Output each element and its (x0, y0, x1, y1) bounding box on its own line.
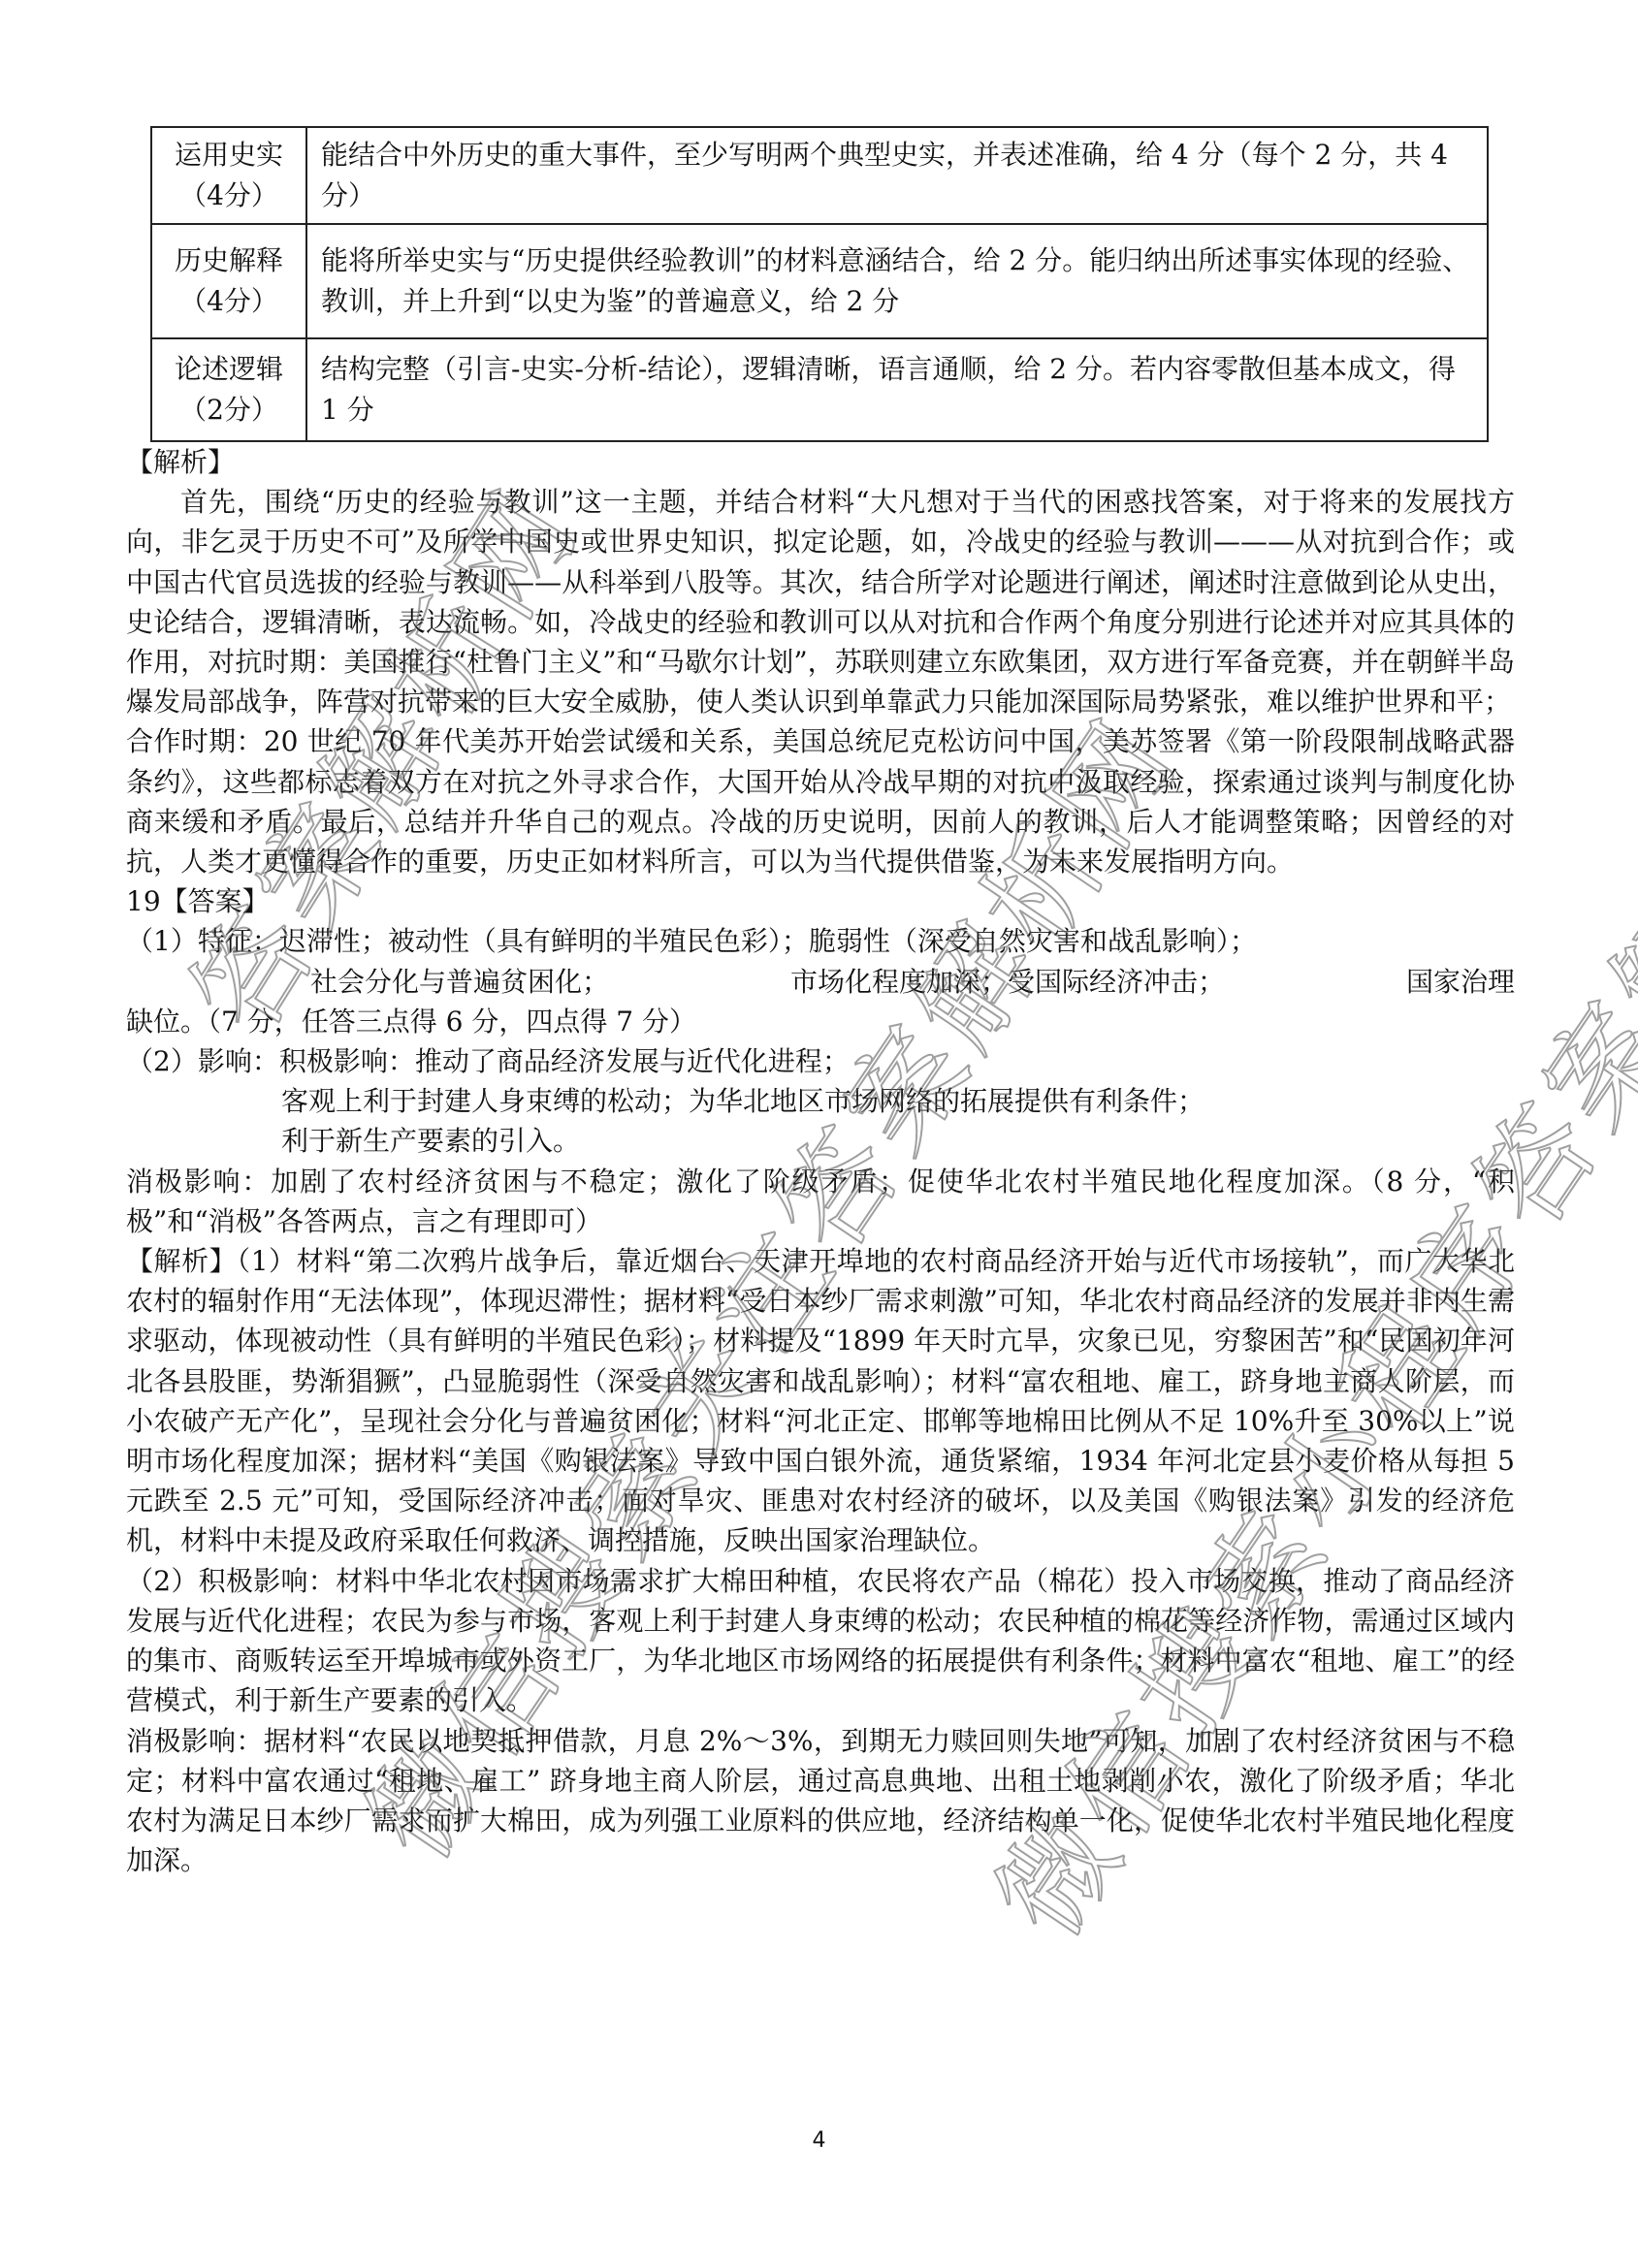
document-page: 运用史实 （4分） 能结合中外历史的重大事件，至少写明两个典型史实，并表述准确，… (0, 0, 1638, 2268)
analysis-18-paragraph-1: 首先，围绕“历史的经验与教训”这一主题，并结合材料“大凡想对于当代的困惑找答案，… (126, 482, 1515, 721)
page-number: 4 (0, 2128, 1638, 2153)
rubric-dimension-cell: 运用史实 （4分） (151, 127, 306, 224)
rubric-dimension-label: 论述逻辑 (160, 349, 298, 390)
analysis-19-paragraph-3: 消极影响：据材料“农民以地契抵押借款，月息 2%～3%，到期无力赎回则失地”可知… (126, 1721, 1515, 1881)
body-text: 【解析】 首先，围绕“历史的经验与教训”这一主题，并结合材料“大凡想对于当代的困… (126, 442, 1515, 1880)
answer-19-part1-line2: 社会分化与普遍贫困化； 市场化程度加深；受国际经济冲击； 国家治理 (126, 962, 1515, 1002)
rubric-dimension-label: 运用史实 (160, 135, 298, 176)
rubric-dimension-points: （2分） (160, 390, 298, 431)
answer-19-part2-negative: 消极影响：加剧了农村经济贫困与不稳定；激化了阶级矛盾；促使华北农村半殖民地化程度… (126, 1162, 1515, 1241)
rubric-dimension-cell: 历史解释 （4分） (151, 224, 306, 338)
answer-item: 社会分化与普遍贫困化； (310, 962, 609, 1002)
answer-item: 国家治理 (1406, 962, 1515, 1002)
rubric-dimension-label: 历史解释 (160, 240, 298, 281)
analysis-19-paragraph-2: （2）积极影响：材料中华北农村因市场需求扩大棉田种植，农民将农产品（棉花）投入市… (126, 1561, 1515, 1721)
rubric-row-use-facts: 运用史实 （4分） 能结合中外历史的重大事件，至少写明两个典型史实，并表述准确，… (151, 127, 1488, 224)
answer-19-part2-line3: 利于新生产要素的引入。 (126, 1121, 1515, 1161)
analysis-18-paragraph-2: 合作时期：20 世纪 70 年代美苏开始尝试缓和关系，美国总统尼克松访问中国，美… (126, 721, 1515, 881)
rubric-criteria-cell: 能结合中外历史的重大事件，至少写明两个典型史实，并表述准确，给 4 分（每个 2… (306, 127, 1488, 224)
rubric-table: 运用史实 （4分） 能结合中外历史的重大事件，至少写明两个典型史实，并表述准确，… (150, 126, 1489, 442)
analysis-18-heading: 【解析】 (126, 442, 1515, 482)
rubric-row-historical-interpretation: 历史解释 （4分） 能将所举史实与“历史提供经验教训”的材料意涵结合，给 2 分… (151, 224, 1488, 338)
rubric-row-argument-logic: 论述逻辑 （2分） 结构完整（引言-史实-分析-结论），逻辑清晰，语言通顺，给 … (151, 338, 1488, 441)
rubric-criteria-cell: 结构完整（引言-史实-分析-结论），逻辑清晰，语言通顺，给 2 分。若内容零散但… (306, 338, 1488, 441)
answer-19-heading: 19【答案】 (126, 881, 1515, 921)
answer-19-part1-line3: 缺位。（7 分，任答三点得 6 分，四点得 7 分） (126, 1002, 1515, 1041)
answer-19-part1-line1: （1）特征：迟滞性；被动性（具有鲜明的半殖民色彩）；脆弱性（深受自然灾害和战乱影… (126, 921, 1515, 961)
rubric-dimension-cell: 论述逻辑 （2分） (151, 338, 306, 441)
rubric-criteria-cell: 能将所举史实与“历史提供经验教训”的材料意涵结合，给 2 分。能归纳出所述事实体… (306, 224, 1488, 338)
rubric-dimension-points: （4分） (160, 281, 298, 322)
analysis-19-paragraph-1: 【解析】（1）材料“第二次鸦片战争后，靠近烟台、天津开埠地的农村商品经济开始与近… (126, 1241, 1515, 1561)
rubric-dimension-points: （4分） (160, 176, 298, 216)
answer-19-part2-line1: （2）影响：积极影响：推动了商品经济发展与近代化进程； (126, 1041, 1515, 1081)
answer-19-part2-line2: 客观上利于封建人身束缚的松动；为华北地区市场网络的拓展提供有利条件； (126, 1081, 1515, 1121)
answer-item: 市场化程度加深；受国际经济冲击； (790, 962, 1225, 1002)
